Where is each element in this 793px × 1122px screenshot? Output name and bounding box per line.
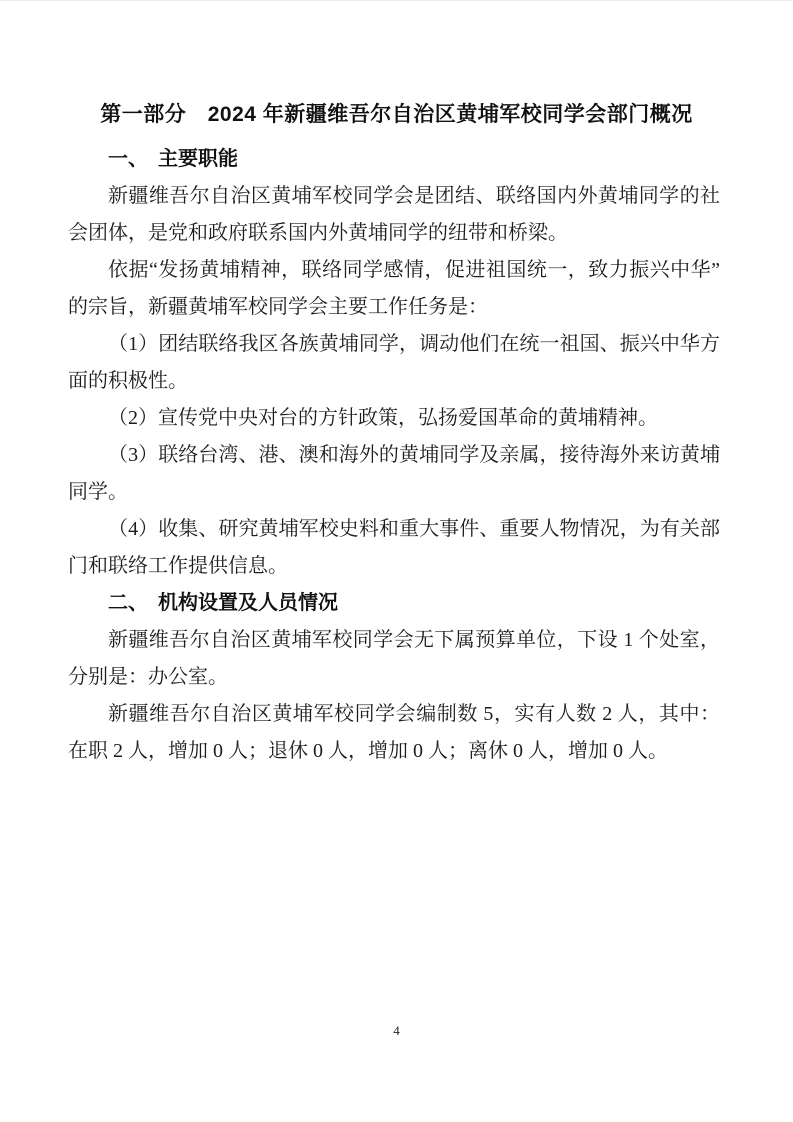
section-2-heading: 二、 机构设置及人员情况 <box>68 585 720 622</box>
paragraph-functions-intro-1: 新疆维吾尔自治区黄埔军校同学会是团结、联络国内外黄埔同学的社会团体，是党和政府联… <box>68 178 720 252</box>
paragraph-task-1: （1）团结联络我区各族黄埔同学，调动他们在统一祖国、振兴中华方面的积极性。 <box>68 326 720 400</box>
paragraph-task-3: （3）联络台湾、港、澳和海外的黄埔同学及亲属，接待海外来访黄埔同学。 <box>68 437 720 511</box>
section-1-heading: 一、 主要职能 <box>68 141 720 178</box>
document-page: 第一部分 2024 年新疆维吾尔自治区黄埔军校同学会部门概况 一、 主要职能 新… <box>0 0 793 1122</box>
document-body: 一、 主要职能 新疆维吾尔自治区黄埔军校同学会是团结、联络国内外黄埔同学的社会团… <box>68 141 720 770</box>
paragraph-functions-intro-2: 依据“发扬黄埔精神，联络同学感情，促进祖国统一，致力振兴中华”的宗旨，新疆黄埔军… <box>68 252 720 326</box>
paragraph-task-2: （2）宣传党中央对台的方针政策，弘扬爱国革命的黄埔精神。 <box>68 400 720 437</box>
page-title: 第一部分 2024 年新疆维吾尔自治区黄埔军校同学会部门概况 <box>0 96 793 133</box>
page-number: 4 <box>0 1022 793 1040</box>
paragraph-task-4: （4）收集、研究黄埔军校史料和重大事件、重要人物情况，为有关部门和联络工作提供信… <box>68 511 720 585</box>
paragraph-org-structure: 新疆维吾尔自治区黄埔军校同学会无下属预算单位，下设 1 个处室，分别是：办公室。 <box>68 622 720 696</box>
paragraph-staffing: 新疆维吾尔自治区黄埔军校同学会编制数 5，实有人数 2 人，其中：在职 2 人，… <box>68 696 720 770</box>
